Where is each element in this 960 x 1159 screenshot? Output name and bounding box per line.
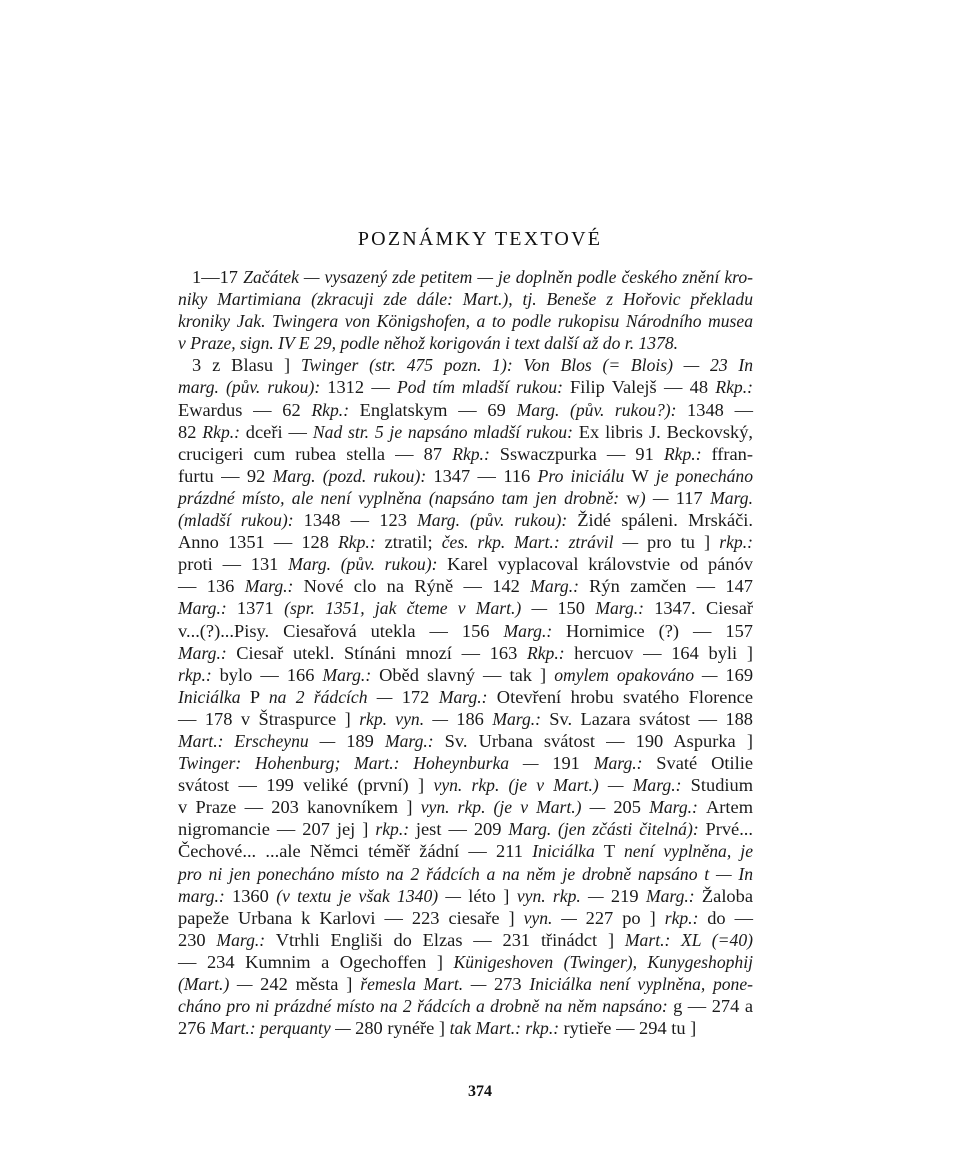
roman-text: v Praze — 203 kanovníkem ] — [178, 797, 421, 817]
text-line: v...(?)...Pisy. Ciesařová utekla — 156 M… — [178, 620, 753, 642]
italic-text: pro ni jen ponecháno místo na 2 řádcích … — [178, 864, 753, 884]
italic-text: Marg.: — [595, 598, 654, 618]
roman-text: dceři — — [246, 422, 313, 442]
roman-text: Sswaczpurka — 91 — [500, 444, 664, 464]
roman-text: 1312 — — [327, 377, 397, 397]
text-line: 82 Rkp.: dceři — Nad str. 5 je napsáno m… — [178, 421, 753, 443]
roman-text: Prvé... — [705, 819, 753, 839]
page-title: POZNÁMKY TEXTOVÉ — [0, 228, 960, 251]
italic-text: (spr. 1351, jak čteme v Mart.) — — [284, 598, 557, 618]
page-number: 374 — [0, 1083, 960, 1101]
italic-text: rkp.: — [178, 665, 220, 685]
roman-text: 273 — [494, 974, 529, 994]
roman-text: 186 — [456, 709, 492, 729]
roman-text: rytieře — 294 tu ] — [563, 1018, 696, 1038]
text-line: niky Martimiana (zkracuji zde dále: Mart… — [178, 288, 753, 310]
italic-text: čes. rkp. Mart.: ztrávil — — [442, 532, 647, 552]
italic-text: rkp.: — [719, 532, 753, 552]
italic-text: Pod tím mladší rukou: — [397, 377, 570, 397]
italic-text: kroniky Jak. Twingera von Königshofen, a… — [178, 311, 753, 331]
roman-text: Anno 1351 — 128 — [178, 532, 338, 552]
italic-text: Iniciálka — [178, 687, 250, 707]
roman-text: v...(?)...Pisy. Ciesařová utekla — 156 — [178, 621, 504, 641]
text-line: rkp.: bylo — 166 Marg.: Oběd slavný — ta… — [178, 664, 753, 686]
italic-text: Künigeshoven (Twinger), Kunygeshophij — [454, 952, 753, 972]
italic-text: Marg.: — [504, 621, 567, 641]
roman-text: 219 — [611, 886, 646, 906]
roman-text: nigromancie — 207 jej ] — [178, 819, 375, 839]
italic-text: Marg.: — [216, 930, 275, 950]
italic-text: Marg. (pův. rukou): — [417, 510, 577, 530]
roman-text: Englatskym — 69 — [360, 400, 517, 420]
roman-text: proti — 131 — [178, 554, 288, 574]
roman-text: W — [632, 466, 656, 486]
roman-text: 205 — [613, 797, 649, 817]
italic-text: Rkp.: — [664, 444, 712, 464]
text-line: 3 z Blasu ] Twinger (str. 475 pozn. 1): … — [178, 354, 753, 376]
italic-text: Rkp.: — [202, 422, 245, 442]
book-page: POZNÁMKY TEXTOVÉ 1—17 Začátek — vysazený… — [0, 0, 960, 1159]
text-line: — 234 Kumnim a Ogechoffen ] Künigeshoven… — [178, 951, 753, 973]
roman-text: crucigeri cum rubea stella — 87 — [178, 444, 452, 464]
text-line: Anno 1351 — 128 Rkp.: ztratil; čes. rkp.… — [178, 531, 753, 553]
text-line: (Mart.) — 242 města ] řemesla Mart. — 27… — [178, 973, 753, 995]
roman-text: 1360 — [232, 886, 276, 906]
italic-text: je ponecháno — [656, 466, 753, 486]
italic-text: (mladší rukou): — [178, 510, 304, 530]
italic-text: Marg.: — [178, 598, 237, 618]
text-line: Iniciálka P na 2 řádcích — 172 Marg.: Ot… — [178, 686, 753, 708]
italic-text: Twinger: Hohenburg; Mart.: Hoheynburka — — [178, 753, 552, 773]
roman-text: ffran- — [711, 444, 753, 464]
italic-text: Marg.: — [178, 643, 236, 663]
italic-text: rkp.: — [375, 819, 416, 839]
italic-text: niky Martimiana (zkracuji zde dále: Mart… — [178, 289, 753, 309]
italic-text: v Praze, sign. IV E 29, podle něhož kori… — [178, 333, 678, 353]
text-line: — 178 v Štraspurce ] rkp. vyn. — 186 Mar… — [178, 708, 753, 730]
text-line: svátost — 199 veliké (první) ] vyn. rkp.… — [178, 774, 753, 796]
text-line: 276 Mart.: perquanty — 280 rynéře ] tak … — [178, 1017, 753, 1039]
italic-text: řemesla Mart. — — [360, 974, 494, 994]
roman-text: Sv. Urbana svátost — 190 Aspurka ] — [445, 731, 753, 751]
roman-text: 82 — [178, 422, 202, 442]
italic-text: marg. (pův. rukou): — [178, 377, 327, 397]
italic-text: Marg. — [710, 488, 753, 508]
text-line: Twinger: Hohenburg; Mart.: Hoheynburka —… — [178, 752, 753, 774]
text-line: cháno pro ni prázdné místo na 2 řádcích … — [178, 995, 753, 1017]
text-line: kroniky Jak. Twingera von Königshofen, a… — [178, 310, 753, 332]
textual-notes: 1—17 Začátek — vysazený zde petitem — je… — [178, 266, 753, 1039]
roman-text: 169 — [725, 665, 753, 685]
text-line: prázdné místo, ale není vyplněna (napsán… — [178, 487, 753, 509]
italic-text: vyn. — — [524, 908, 586, 928]
roman-text: furtu — 92 — [178, 466, 273, 486]
italic-text: Marg. (jen zčásti čitelná): — [508, 819, 705, 839]
italic-text: rkp. vyn. — — [359, 709, 456, 729]
roman-text: bylo — 166 — [220, 665, 323, 685]
roman-text: Sv. Lazara svátost — 188 — [549, 709, 753, 729]
italic-text: Iniciálka — [532, 841, 604, 861]
roman-text: 117 — [676, 488, 710, 508]
roman-text: 1371 — [237, 598, 284, 618]
italic-text: (v textu je však 1340) — — [276, 886, 468, 906]
italic-text: Marg.: — [322, 665, 379, 685]
text-line: Marg.: Ciesař utekl. Stínáni mnozí — 163… — [178, 642, 753, 664]
roman-text: Nové clo na Rýně — 142 — [304, 576, 531, 596]
roman-text: 227 po ] — [586, 908, 665, 928]
roman-text: 280 rynéře ] — [355, 1018, 449, 1038]
roman-text: Ex libris J. Beckovský, — [579, 422, 753, 442]
roman-text: Svaté Otilie — [656, 753, 753, 773]
roman-text: 150 — [557, 598, 595, 618]
italic-text: marg.: — [178, 886, 232, 906]
roman-text: 276 — [178, 1018, 210, 1038]
text-line: proti — 131 Marg. (pův. rukou): Karel vy… — [178, 553, 753, 575]
roman-text: papeže Urbana k Karlovi — 223 ciesaře ] — [178, 908, 524, 928]
text-line: — 136 Marg.: Nové clo na Rýně — 142 Marg… — [178, 575, 753, 597]
italic-text: Rkp.: — [715, 377, 753, 397]
roman-text: Čechové... ...ale Němci téměř žádní — 21… — [178, 841, 532, 861]
roman-text: léto ] — [468, 886, 517, 906]
italic-text: Mart.: perquanty — — [210, 1018, 355, 1038]
text-line: marg.: 1360 (v textu je však 1340) — lét… — [178, 885, 753, 907]
italic-text: Marg. (pozd. rukou): — [273, 466, 434, 486]
roman-text: Studium — [691, 775, 753, 795]
italic-text: Marg.: — [646, 886, 702, 906]
italic-text: Marg.: — [594, 753, 656, 773]
roman-text: 1348 — 123 — [304, 510, 418, 530]
roman-text: Ewardus — 62 — [178, 400, 311, 420]
roman-text: 1348 — — [687, 400, 753, 420]
roman-text: — 136 — [178, 576, 245, 596]
italic-text: Iniciálka není vyplněna, pone- — [529, 974, 753, 994]
italic-text: není vyplněna, je — [624, 841, 753, 861]
italic-text: omylem opakováno — — [554, 665, 725, 685]
roman-text: do — — [707, 908, 753, 928]
italic-text: Rkp.: — [338, 532, 385, 552]
text-line: nigromancie — 207 jej ] rkp.: jest — 209… — [178, 818, 753, 840]
roman-text: 191 — [552, 753, 594, 773]
italic-text: Marg.: — [385, 731, 445, 751]
roman-text: Žaloba — [702, 886, 753, 906]
roman-text: 172 — [402, 687, 439, 707]
italic-text: Mart.: Erscheynu — — [178, 731, 346, 751]
text-line: v Praze, sign. IV E 29, podle něhož kori… — [178, 332, 753, 354]
roman-text: 242 města ] — [260, 974, 360, 994]
italic-text: rkp.: — [665, 908, 708, 928]
roman-text: 1347 — 116 — [433, 466, 537, 486]
roman-text: Vtrhli Engliši do Elzas — 231 třinádct ] — [276, 930, 625, 950]
roman-text: 1—17 — [192, 267, 243, 287]
text-line: (mladší rukou): 1348 — 123 Marg. (pův. r… — [178, 509, 753, 531]
roman-text: svátost — 199 veliké (první) ] — [178, 775, 434, 795]
roman-text: Hornimice (?) — 157 — [566, 621, 753, 641]
roman-text: T — [604, 841, 624, 861]
roman-text: ztratil; — [385, 532, 442, 552]
italic-text: na 2 řádcích — — [269, 687, 402, 707]
text-line: pro ni jen ponecháno místo na 2 řádcích … — [178, 863, 753, 885]
italic-text: Marg.: — [649, 797, 706, 817]
text-line: marg. (pův. rukou): 1312 — Pod tím mladš… — [178, 376, 753, 398]
text-line: crucigeri cum rubea stella — 87 Rkp.: Ss… — [178, 443, 753, 465]
italic-text: Marg.: — [439, 687, 497, 707]
italic-text: Začátek — vysazený zde petitem — je dopl… — [243, 267, 753, 287]
italic-text: (Mart.) — — [178, 974, 260, 994]
italic-text: vyn. rkp. — — [517, 886, 611, 906]
text-line: papeže Urbana k Karlovi — 223 ciesaře ] … — [178, 907, 753, 929]
text-line: Čechové... ...ale Němci téměř žádní — 21… — [178, 840, 753, 862]
text-line: 230 Marg.: Vtrhli Engliši do Elzas — 231… — [178, 929, 753, 951]
roman-text: pro tu ] — [647, 532, 719, 552]
roman-text: P — [250, 687, 269, 707]
italic-text: Marg. (pův. rukou): — [288, 554, 447, 574]
italic-text: Mart.: XL (=40) — [625, 930, 753, 950]
roman-text: — 178 v Štraspurce ] — [178, 709, 359, 729]
roman-text: Filip Valejš — 48 — [570, 377, 715, 397]
italic-text: prázdné místo, ale není vyplněna (napsán… — [178, 488, 626, 508]
roman-text: 3 z Blasu ] — [192, 355, 301, 375]
italic-text: ) — — [640, 488, 676, 508]
text-line: Ewardus — 62 Rkp.: Englatskym — 69 Marg.… — [178, 399, 753, 421]
roman-text: Oběd slavný — tak ] — [379, 665, 554, 685]
roman-text: 1347. Ciesař — [654, 598, 753, 618]
italic-text: Rkp.: — [527, 643, 574, 663]
text-line: furtu — 92 Marg. (pozd. rukou): 1347 — 1… — [178, 465, 753, 487]
roman-text: w — [626, 488, 639, 508]
italic-text: Rkp.: — [452, 444, 500, 464]
text-line: Marg.: 1371 (spr. 1351, jak čteme v Mart… — [178, 597, 753, 619]
text-line: Mart.: Erscheynu — 189 Marg.: Sv. Urbana… — [178, 730, 753, 752]
roman-text: hercuov — 164 byli ] — [574, 643, 753, 663]
italic-text: Marg.: — [492, 709, 549, 729]
roman-text: 230 — [178, 930, 216, 950]
roman-text: jest — 209 — [416, 819, 509, 839]
roman-text: Artem — [706, 797, 753, 817]
italic-text: vyn. rkp. (je v Mart.) — — [421, 797, 614, 817]
text-line: v Praze — 203 kanovníkem ] vyn. rkp. (je… — [178, 796, 753, 818]
roman-text: 189 — [346, 731, 385, 751]
roman-text: — 234 Kumnim a Ogechoffen ] — [178, 952, 454, 972]
roman-text: Rýn zamčen — 147 — [589, 576, 753, 596]
italic-text: vyn. rkp. (je v Mart.) — Marg.: — [434, 775, 691, 795]
roman-text: Židé spáleni. Mrskáči. — [577, 510, 753, 530]
text-line: 1—17 Začátek — vysazený zde petitem — je… — [178, 266, 753, 288]
italic-text: Nad str. 5 je napsáno mladší rukou: — [313, 422, 579, 442]
italic-text: Marg.: — [245, 576, 304, 596]
italic-text: Pro iniciálu — [538, 466, 632, 486]
italic-text: Marg.: — [530, 576, 589, 596]
italic-text: tak Mart.: rkp.: — [450, 1018, 564, 1038]
italic-text: Rkp.: — [311, 400, 359, 420]
roman-text: Karel vyplacoval královstvie od pánóv — [447, 554, 753, 574]
italic-text: Marg. (pův. rukou?): — [517, 400, 687, 420]
italic-text: cháno pro ni prázdné místo na 2 řádcích … — [178, 996, 673, 1016]
roman-text: Otevření hrobu svatého Florence — [497, 687, 753, 707]
roman-text: Ciesař utekl. Stínáni mnozí — 163 — [236, 643, 527, 663]
roman-text: g — 274 a — [673, 996, 753, 1016]
italic-text: Twinger (str. 475 pozn. 1): Von Blos (= … — [301, 355, 753, 375]
